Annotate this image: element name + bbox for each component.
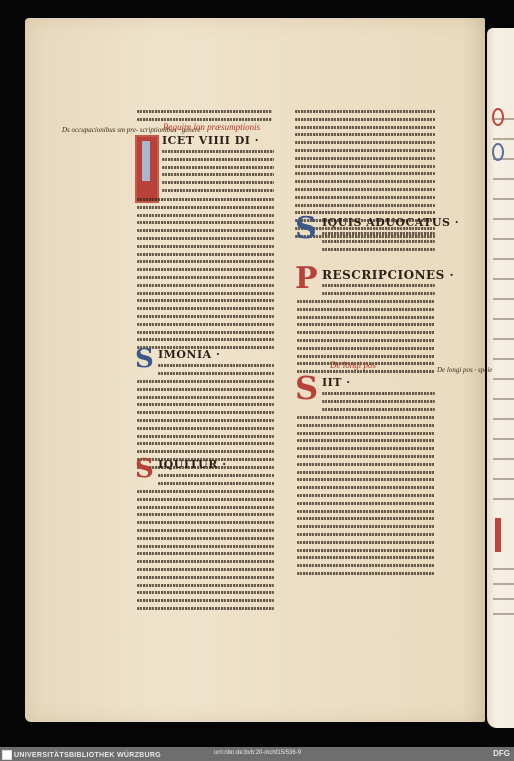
- text-block-left-2: [137, 198, 274, 354]
- text-block-left-6: [137, 490, 274, 615]
- facing-initial-red: [492, 108, 504, 126]
- dfg-logo[interactable]: DFG: [493, 749, 510, 758]
- rubric-left-1: Require lon præsumptionis: [163, 122, 260, 132]
- text-block-right-6: [297, 416, 435, 580]
- heading-right-2: RESCRIPCIONES ·: [322, 268, 454, 282]
- urn-identifier[interactable]: urn:nbn:de:bvb:20-mchf15/536-9: [214, 750, 301, 756]
- heading-right-1: IQUIS ADUOCATUS ·: [322, 216, 459, 229]
- initial-L: [135, 135, 159, 203]
- heading-left-3: IQUITUR ·: [158, 458, 227, 471]
- library-name: UNIVERSITÄTSBIBLIOTHEK WÜRZBURG: [14, 752, 161, 759]
- initial-P-right: P: [295, 264, 318, 294]
- margin-note-right: De longi pos · spcie: [437, 366, 492, 374]
- manuscript-page: Ds occupacionibus sm pre- scriptionibus …: [25, 18, 485, 722]
- text-block-left-3: [158, 364, 274, 380]
- initial-S-blue: S: [135, 346, 154, 372]
- text-block-right-3: [322, 284, 435, 300]
- library-credit[interactable]: UNIVERSITÄTSBIBLIOTHEK WÜRZBURG: [2, 750, 161, 760]
- text-block-right-5: [322, 392, 435, 415]
- text-block-left-1: [162, 150, 274, 197]
- text-block-right-2: [322, 232, 435, 255]
- initial-S-right: S: [295, 214, 317, 244]
- heading-left-2: IMONIA ·: [158, 348, 220, 361]
- rubric-right-1: De longi pos: [330, 360, 376, 370]
- facing-initial-blue: [492, 143, 504, 161]
- image-viewer[interactable]: Ds occupacionibus sm pre- scriptionibus …: [0, 0, 514, 747]
- initial-S-right-2: S: [295, 372, 318, 404]
- footer-bar: UNIVERSITÄTSBIBLIOTHEK WÜRZBURG urn:nbn:…: [0, 747, 514, 761]
- initial-S-red: S: [135, 456, 154, 482]
- text-block-left-5: [158, 474, 274, 490]
- facing-page-edge: [487, 28, 514, 728]
- heading-left-1: ICET VIIII DI ·: [162, 134, 259, 147]
- library-logo-icon: [2, 750, 12, 760]
- heading-right-3: IIT ·: [322, 376, 351, 389]
- facing-initial-L: [495, 518, 501, 552]
